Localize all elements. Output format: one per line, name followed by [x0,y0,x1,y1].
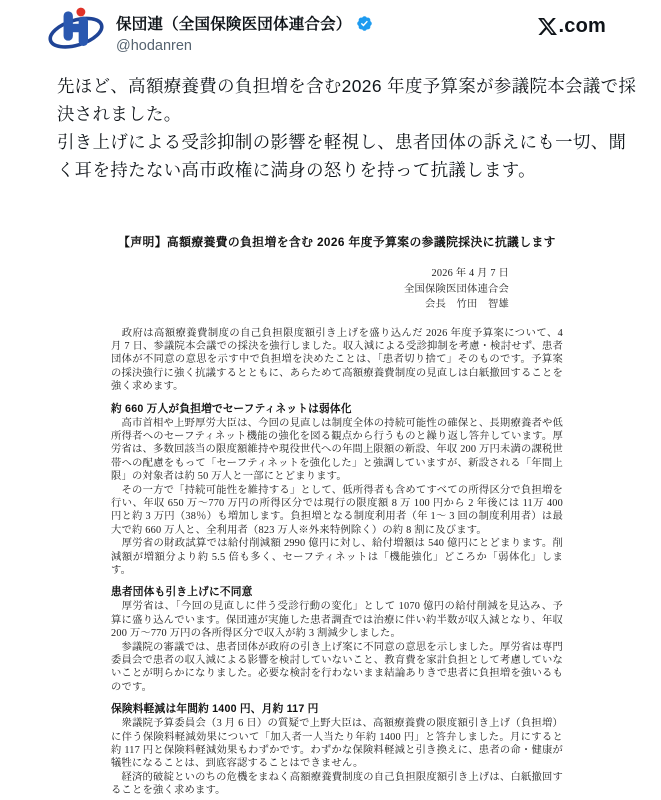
section-heading-2: 患者団体も引き上げに不同意 [111,585,563,599]
avatar[interactable] [45,8,107,56]
section-heading-3: 保険料軽減は年間約 1400 円、月約 117 円 [111,702,563,716]
display-name[interactable]: 保団連（全国保険医団体連合会） [116,12,352,34]
x-logo-icon [537,16,558,37]
document-signer: 会長 竹田 智雄 [111,297,509,313]
section-3-paragraph-2: 経済的破綻といのちの危機をまねく高額療養費制度の自己負担限度額引き上げは、白紙撤… [111,771,563,798]
statement-document-image[interactable]: 【声明】高額療養費の負担増を含む 2026 年度予算案の参議院採決に抗議します … [111,234,563,798]
tweet-paragraph-1: 先ほど、高額療養費の負担増を含む2026 年度予算案が参議院本会議で採決されまし… [57,72,643,128]
section-1-paragraph-3: 厚労省の財政試算では給付削減額 2990 億円に対し、給付増額は 540 億円に… [111,537,563,577]
site-label: .com [559,15,606,38]
tweet-paragraph-2: 引き上げによる受診抑制の影響を軽視し、患者団体の訴えにも一切、聞く耳を持たない高… [57,128,643,184]
document-title: 【声明】高額療養費の負担増を含む 2026 年度予算案の参議院採決に抗議します [111,234,563,250]
tweet-text: 先ほど、高額療養費の負担増を含む2026 年度予算案が参議院本会議で採決されまし… [57,72,643,184]
section-2-paragraph-1: 厚労省は、「今回の見直しに伴う受診行動の変化」として 1070 億円の給付削減を… [111,600,563,640]
identity-block: 保団連（全国保険医団体連合会） @hodanren [116,8,373,54]
tweet-screenshot: 保団連（全国保険医団体連合会） @hodanren .com 先ほど、高額療養費… [0,0,661,800]
section-heading-1: 約 660 万人が負担増でセーフティネットは弱体化 [111,402,563,416]
section-1-paragraph-2: その一方で「持続可能性を維持する」として、低所得者も含めてすべての所得区分で負担… [111,484,563,538]
document-date-block: 2026 年 4 月 7 日 全国保険医団体連合会 会長 竹田 智雄 [111,266,563,313]
section-1-paragraph-1: 高市首相や上野厚労大臣は、今回の見直しは制度全体の持続可能性の確保と、長期療養者… [111,417,563,484]
verified-badge-icon [356,15,373,32]
user-handle[interactable]: @hodanren [116,38,373,54]
document-org: 全国保険医団体連合会 [111,282,509,298]
document-date: 2026 年 4 月 7 日 [111,266,509,282]
section-3-paragraph-1: 衆議院予算委員会（3 月 6 日）の質疑で上野大臣は、高額療養費の限度額引き上げ… [111,717,563,771]
hodanren-logo-icon [46,6,106,59]
tweet-header: 保団連（全国保険医団体連合会） @hodanren .com [45,8,606,56]
document-intro-paragraph: 政府は高額療養費制度の自己負担限度額引き上げを盛り込んだ 2026 年度予算案に… [111,327,563,394]
site-logo[interactable]: .com [537,8,606,38]
section-2-paragraph-2: 参議院の審議では、患者団体が政府の引き上げ案に不同意の意思を示しました。厚労省は… [111,641,563,695]
